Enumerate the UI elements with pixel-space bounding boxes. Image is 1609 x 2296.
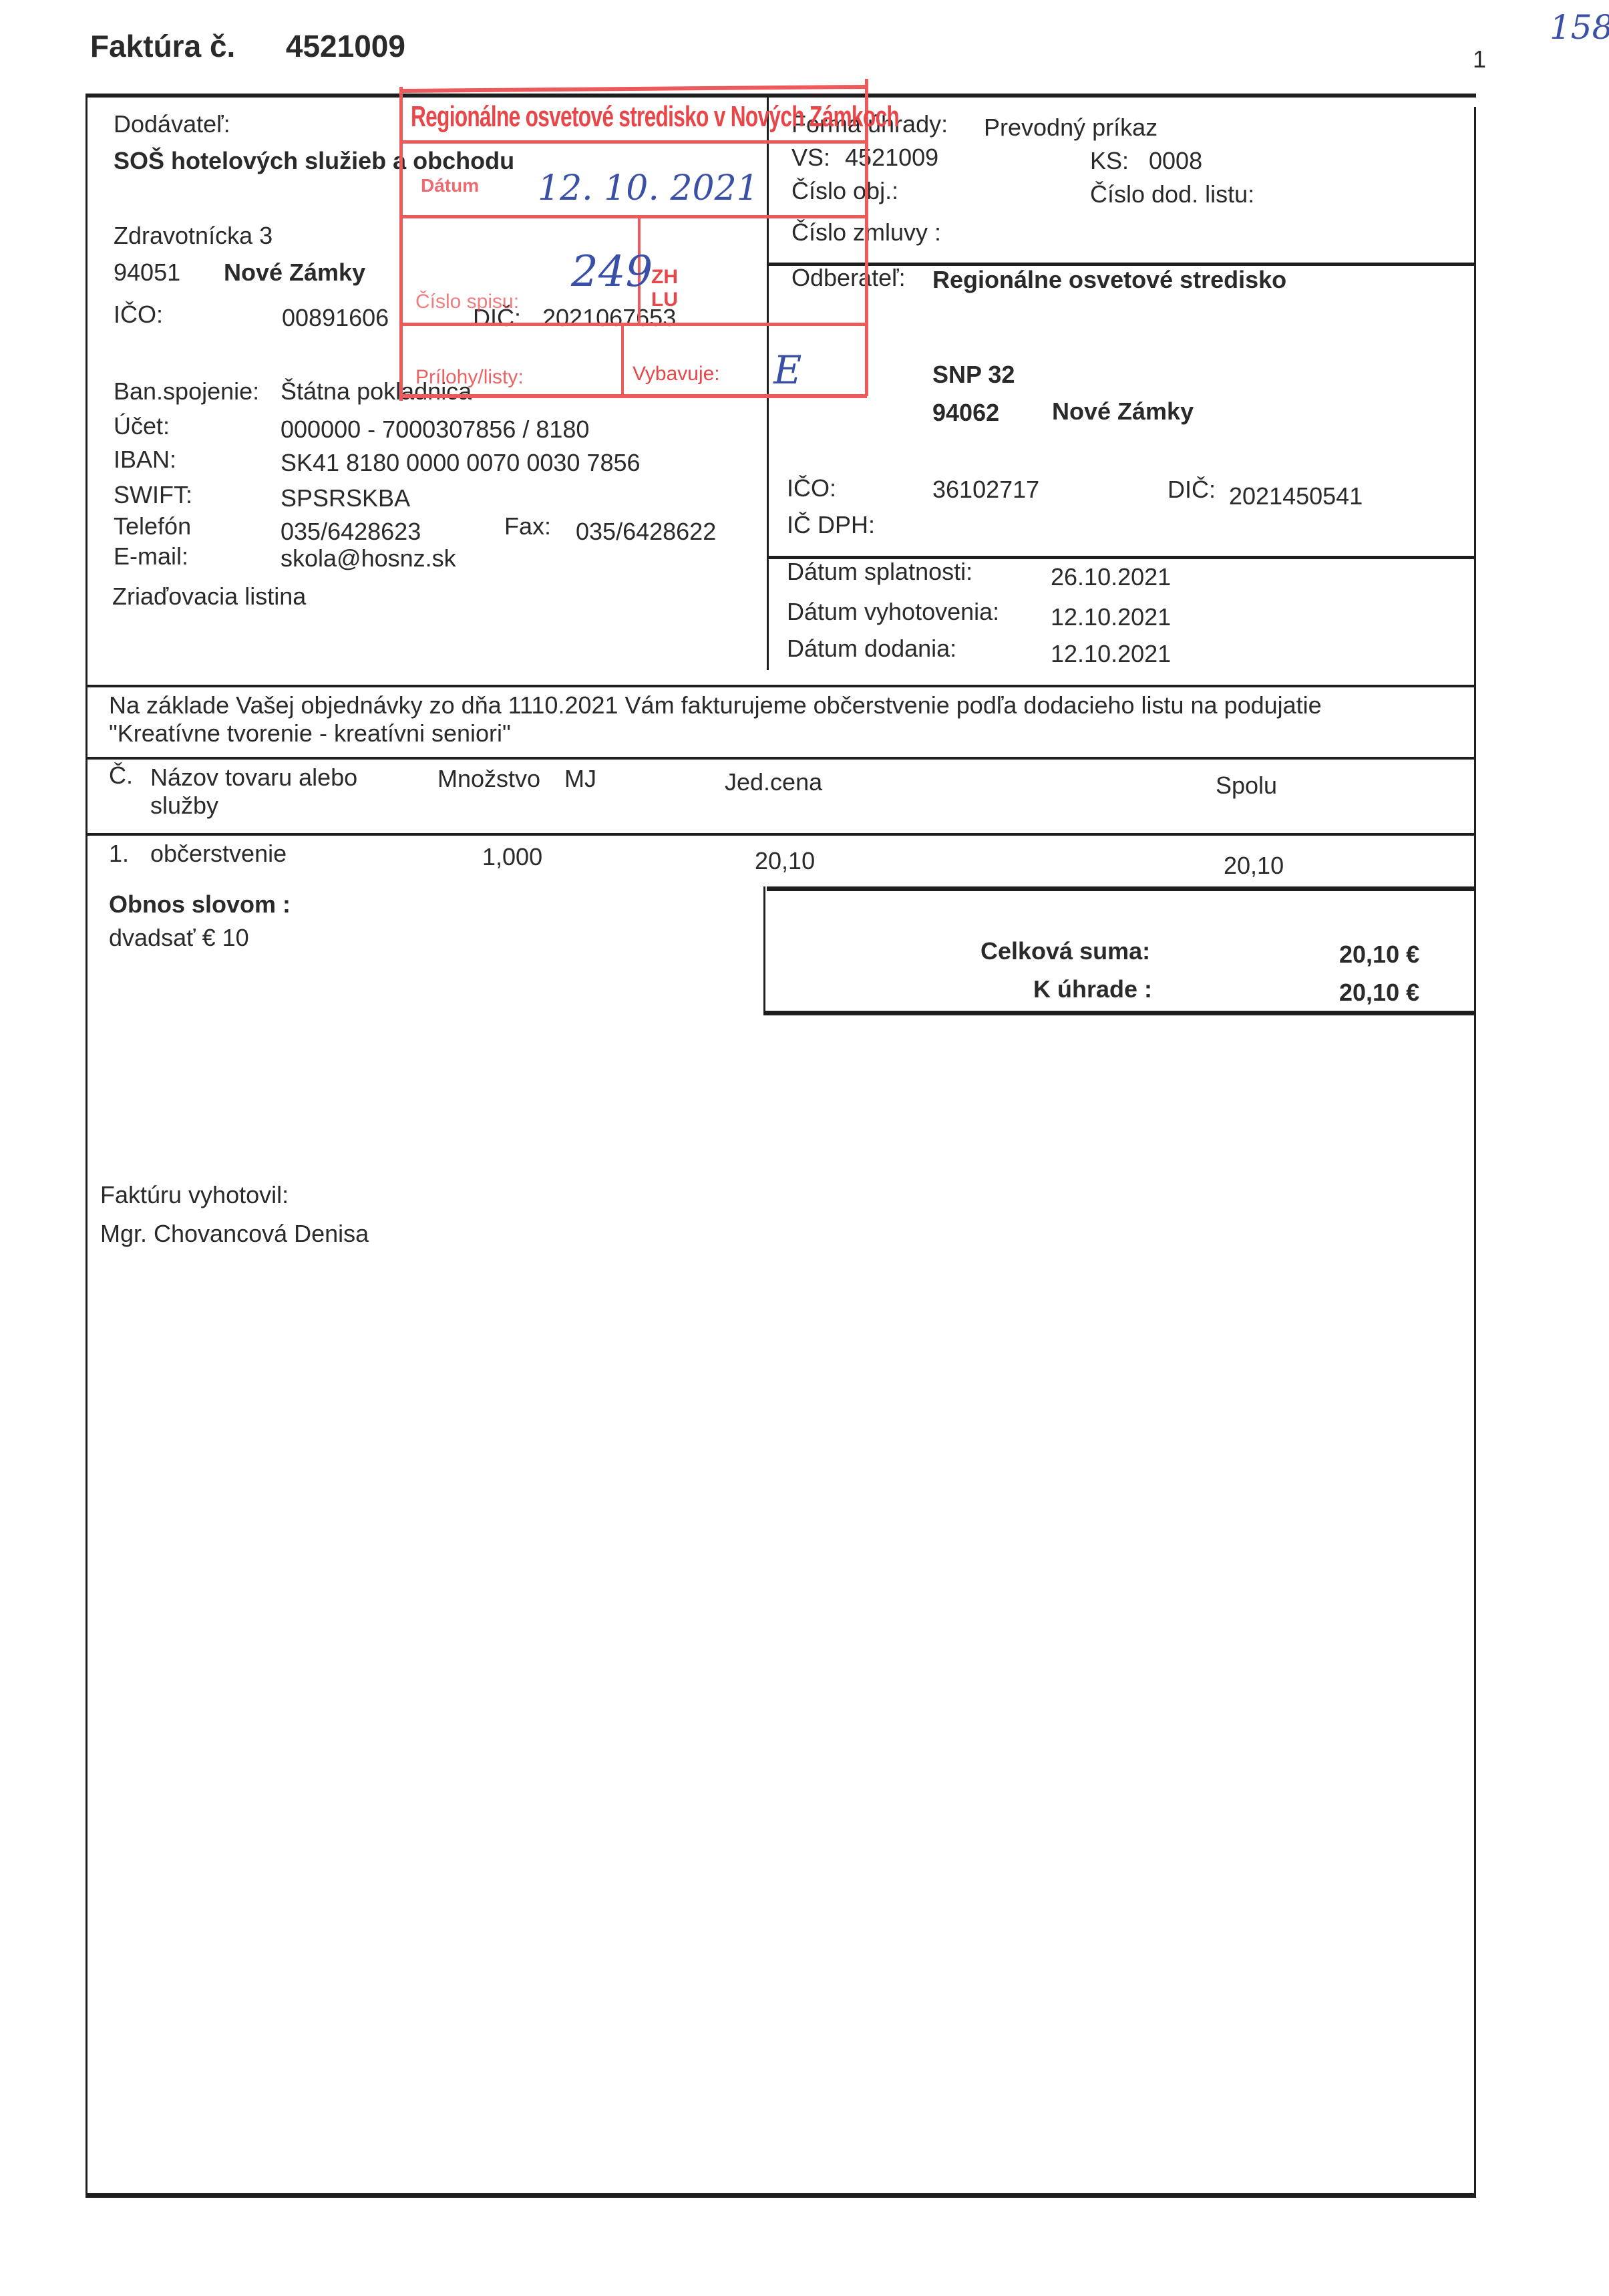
invoice-number: 4521009 — [286, 29, 405, 63]
supplier-city: Nové Zámky — [224, 259, 365, 287]
stamp-file-no-label: Číslo spisu: — [415, 291, 519, 313]
total-value: 20,10 € — [1339, 941, 1419, 969]
row-qty: 1,000 — [482, 843, 542, 871]
supplier-swift-label: SWIFT: — [114, 481, 192, 509]
totals-box-bottom — [763, 1011, 1476, 1015]
col-header-unit-price: Jed.cena — [725, 768, 822, 796]
customer-ico-label: IČO: — [787, 474, 836, 502]
col-header-name-2: služby — [150, 792, 218, 820]
col-header-name-1: Názov tovaru alebo — [150, 764, 357, 792]
supplier-iban-label: IBAN: — [114, 446, 176, 474]
supplier-phone: 035/6428623 — [281, 518, 421, 546]
col-header-qty: Množstvo — [437, 765, 540, 793]
stamp-code-2: LU — [651, 289, 678, 311]
stamp-border-top — [399, 85, 867, 93]
stamp-handled-by-label: Vybavuje: — [633, 363, 720, 385]
stamp-title-divider — [399, 140, 867, 144]
issued-date-label: Dátum vyhotovenia: — [787, 598, 999, 626]
stamp-date-divider — [399, 215, 867, 218]
row-name: občerstvenie — [150, 840, 287, 868]
stamp-attach-vdivider — [621, 324, 624, 396]
delivery-date: 12.10.2021 — [1051, 640, 1171, 668]
ks-value: 0008 — [1149, 147, 1202, 175]
vs-value: 4521009 — [845, 144, 938, 172]
row-total: 20,10 — [1224, 852, 1284, 880]
customer-city: Nové Zámky — [1052, 397, 1194, 426]
supplier-email-label: E-mail: — [114, 542, 188, 570]
supplier-account: 000000 - 7000307856 / 8180 — [281, 416, 589, 444]
supplier-account-label: Účet: — [114, 412, 170, 440]
payment-method: Prevodný príkaz — [984, 114, 1157, 142]
due-date-label: Dátum splatnosti: — [787, 558, 972, 586]
issued-date: 12.10.2021 — [1051, 603, 1171, 631]
customer-street: SNP 32 — [932, 361, 1015, 389]
supplier-email: skola@hosnz.sk — [281, 544, 456, 572]
column-divider — [767, 96, 769, 670]
frame-left — [85, 94, 87, 2196]
stamp-title: Regionálne osvetové stredisko v Nových Z… — [411, 100, 899, 134]
due-date: 26.10.2021 — [1051, 563, 1171, 591]
totals-box-top — [767, 886, 1476, 891]
frame-right — [1474, 107, 1476, 2196]
description-line-1: Na základe Vašej objednávky zo dňa 1110.… — [109, 691, 1322, 719]
supplier-zip: 94051 — [114, 259, 180, 287]
due-amount-value: 20,10 € — [1339, 979, 1419, 1007]
description-line-2: "Kreatívne tvorenie - kreatívni seniori" — [109, 719, 511, 748]
order-no-label: Číslo obj.: — [791, 177, 898, 205]
customer-ico: 36102717 — [932, 476, 1039, 504]
supplier-phone-label: Telefón — [114, 512, 191, 540]
ks-label: KS: — [1090, 147, 1129, 175]
row-no: 1. — [109, 840, 129, 868]
due-amount-label: K úhrade : — [1033, 975, 1152, 1003]
stamp-file-divider — [399, 323, 867, 326]
supplier-name: SOŠ hotelových služieb a obchodu — [114, 147, 514, 175]
issuer-label: Faktúru vyhotovil: — [100, 1181, 289, 1209]
stamp-handled-by-value: E — [773, 347, 801, 393]
frame-bottom — [85, 2193, 1476, 2198]
stamp-code-1: ZH — [651, 266, 678, 289]
table-header-bottom — [85, 833, 1476, 836]
delivery-note-label: Číslo dod. listu: — [1090, 180, 1254, 208]
invoice-title: Faktúra č. 4521009 — [90, 28, 405, 64]
amount-words-label: Obnos slovom : — [109, 890, 291, 919]
stamp-date-value: 12. 10. 2021 — [538, 168, 759, 208]
customer-zip: 94062 — [932, 399, 999, 427]
supplier-ico: 00891606 — [282, 304, 389, 332]
customer-dic-label: DIČ: — [1168, 476, 1216, 504]
stamp-border-left — [399, 87, 403, 401]
handwritten-number: 158 — [1550, 8, 1609, 47]
col-header-no: Č. — [109, 762, 133, 790]
stamp-file-no-value: 249 — [571, 247, 653, 297]
description-top — [85, 685, 1476, 687]
supplier-bank-label: Ban.spojenie: — [114, 377, 259, 405]
total-label: Celková suma: — [980, 937, 1150, 965]
supplier-swift: SPSRSKBA — [281, 484, 410, 512]
col-header-unit: MJ — [564, 765, 596, 793]
supplier-street: Zdravotnícka 3 — [114, 222, 273, 250]
customer-dic: 2021450541 — [1229, 482, 1363, 510]
customer-name: Regionálne osvetové stredisko — [932, 266, 1286, 294]
supplier-fax-label: Fax: — [504, 512, 551, 540]
page-number: 1 — [1473, 45, 1486, 73]
col-header-total: Spolu — [1216, 772, 1277, 800]
vs-label: VS: — [791, 144, 830, 172]
customer-icdph-label: IČ DPH: — [787, 511, 875, 539]
customer-label: Odberateľ: — [791, 264, 906, 292]
stamp-border-bottom — [399, 394, 867, 398]
frame-top — [85, 94, 1476, 98]
supplier-fax: 035/6428622 — [576, 518, 716, 546]
delivery-date-label: Dátum dodania: — [787, 635, 956, 663]
stamp-attachments-label: Prílohy/listy: — [415, 366, 524, 389]
totals-box-left — [763, 886, 765, 1013]
table-header-top — [85, 757, 1476, 760]
supplier-ico-label: IČO: — [114, 301, 163, 329]
amount-words-value: dvadsať € 10 — [109, 924, 249, 952]
stamp-date-label: Dátum — [421, 175, 479, 196]
issuer-name: Mgr. Chovancová Denisa — [100, 1220, 369, 1248]
supplier-label: Dodávateľ: — [114, 110, 230, 138]
row-unit-price: 20,10 — [755, 847, 815, 875]
invoice-title-label: Faktúra č. — [90, 29, 235, 63]
supplier-founding-doc: Zriaďovacia listina — [112, 583, 306, 611]
supplier-iban: SK41 8180 0000 0070 0030 7856 — [281, 449, 641, 477]
